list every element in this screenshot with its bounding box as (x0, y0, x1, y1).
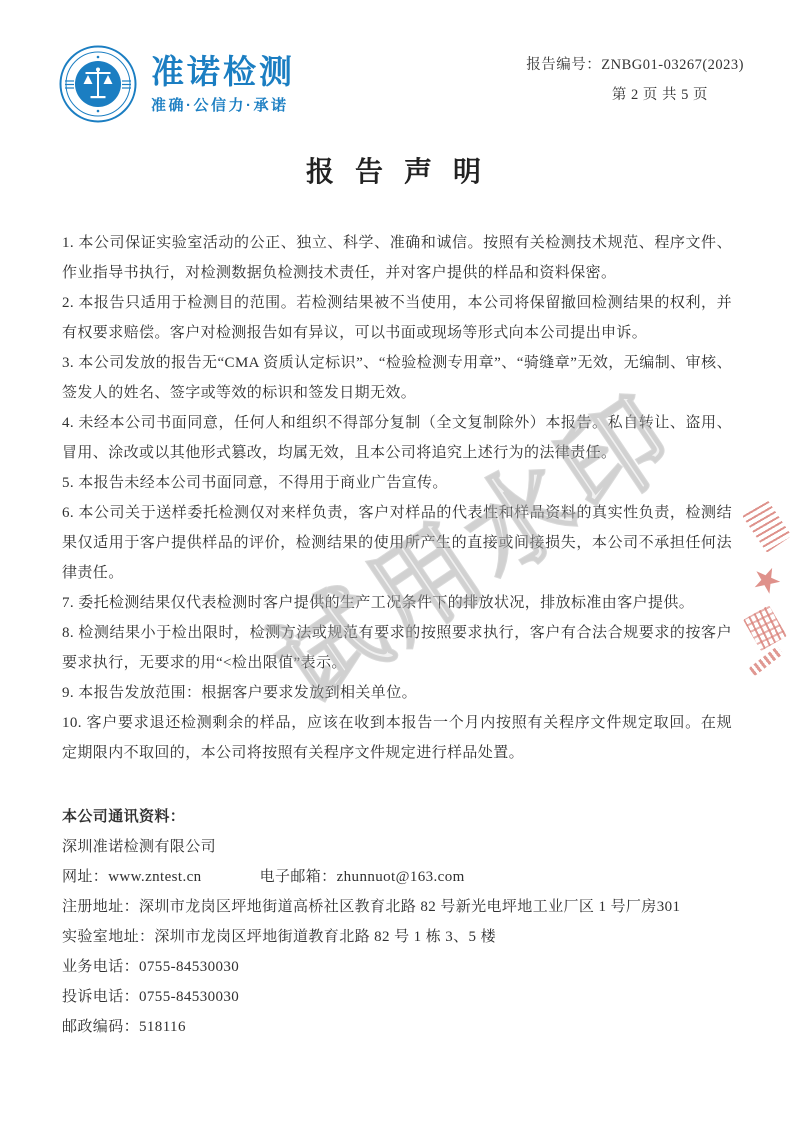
contact-company: 深圳准诺检测有限公司 (62, 832, 732, 862)
company-logo: 准诺检测 准确·公信力·承诺 (58, 44, 295, 124)
email-value: zhunnuot@163.com (337, 869, 465, 885)
seal-text-smudge (743, 605, 787, 651)
statement-item: 8. 检测结果小于检出限时，检测方法或规范有要求的按照要求执行，客户有合法合规要… (62, 618, 732, 678)
postal-code: 邮政编码：518116 (62, 1012, 732, 1042)
seal-text-smudge (742, 499, 791, 552)
registered-address: 注册地址：深圳市龙岗区坪地街道高桥社区教育北路 82 号新光电坪地工业厂区 1 … (62, 892, 732, 922)
statement-item: 7. 委托检测结果仅代表检测时客户提供的生产工况条件下的排放状况，排放标准由客户… (62, 588, 732, 618)
report-page: 准诺检测 准确·公信力·承诺 报告编号：ZNBG01-03267(2023) 第… (0, 0, 794, 1122)
contact-web-email-row: 网址：www.zntest.cn电子邮箱：zhunnuot@163.com (62, 862, 732, 892)
page-indicator: 第 2 页 共 5 页 (526, 80, 744, 110)
statement-item: 2. 本报告只适用于检测目的范围。若检测结果被不当使用，本公司将保留撤回检测结果… (62, 288, 732, 348)
report-number: 报告编号：ZNBG01-03267(2023) (526, 50, 744, 80)
logo-seal-scales-icon (58, 44, 138, 124)
lab-address: 实验室地址：深圳市龙岗区坪地街道教育北路 82 号 1 栋 3、5 楼 (62, 922, 732, 952)
statement-item: 1. 本公司保证实验室活动的公正、独立、科学、准确和诚信。按照有关检测技术规范、… (62, 228, 732, 288)
red-seal-fragment: ★ (742, 498, 794, 693)
contact-heading: 本公司通讯资料： (62, 802, 732, 832)
statements-section: 1. 本公司保证实验室活动的公正、独立、科学、准确和诚信。按照有关检测技术规范、… (62, 228, 732, 768)
website-value: www.zntest.cn (108, 869, 201, 885)
contact-section: 本公司通讯资料： 深圳准诺检测有限公司 网址：www.zntest.cn电子邮箱… (62, 802, 732, 1042)
page-title: 报 告 声 明 (0, 150, 794, 190)
statement-item: 4. 未经本公司书面同意，任何人和组织不得部分复制（全文复制除外）本报告。私自转… (62, 408, 732, 468)
statement-item: 6. 本公司关于送样委托检测仅对来样负责，客户对样品的代表性和样品资料的真实性负… (62, 498, 732, 588)
statement-item: 9. 本报告发放范围：根据客户要求发放到相关单位。 (62, 678, 732, 708)
logo-text: 准诺检测 准确·公信力·承诺 (151, 53, 295, 115)
statement-item: 5. 本报告未经本公司书面同意，不得用于商业广告宣传。 (62, 468, 732, 498)
statement-item: 3. 本公司发放的报告无“CMA 资质认定标识”、“检验检测专用章”、“骑缝章”… (62, 348, 732, 408)
website-label: 网址： (62, 869, 108, 885)
seal-star-icon: ★ (744, 558, 790, 603)
logo-company-name: 准诺检测 (151, 53, 295, 91)
seal-text-smudge (749, 646, 784, 676)
statement-item: 10. 客户要求退还检测剩余的样品，应该在收到本报告一个月内按照有关程序文件规定… (62, 708, 732, 768)
complaint-phone: 投诉电话：0755-84530030 (62, 982, 732, 1012)
logo-tagline: 准确·公信力·承诺 (151, 94, 295, 115)
email-label: 电子邮箱： (260, 869, 337, 885)
business-phone: 业务电话：0755-84530030 (62, 952, 732, 982)
report-meta: 报告编号：ZNBG01-03267(2023) 第 2 页 共 5 页 (526, 50, 744, 110)
page-header: 准诺检测 准确·公信力·承诺 报告编号：ZNBG01-03267(2023) 第… (0, 0, 794, 124)
